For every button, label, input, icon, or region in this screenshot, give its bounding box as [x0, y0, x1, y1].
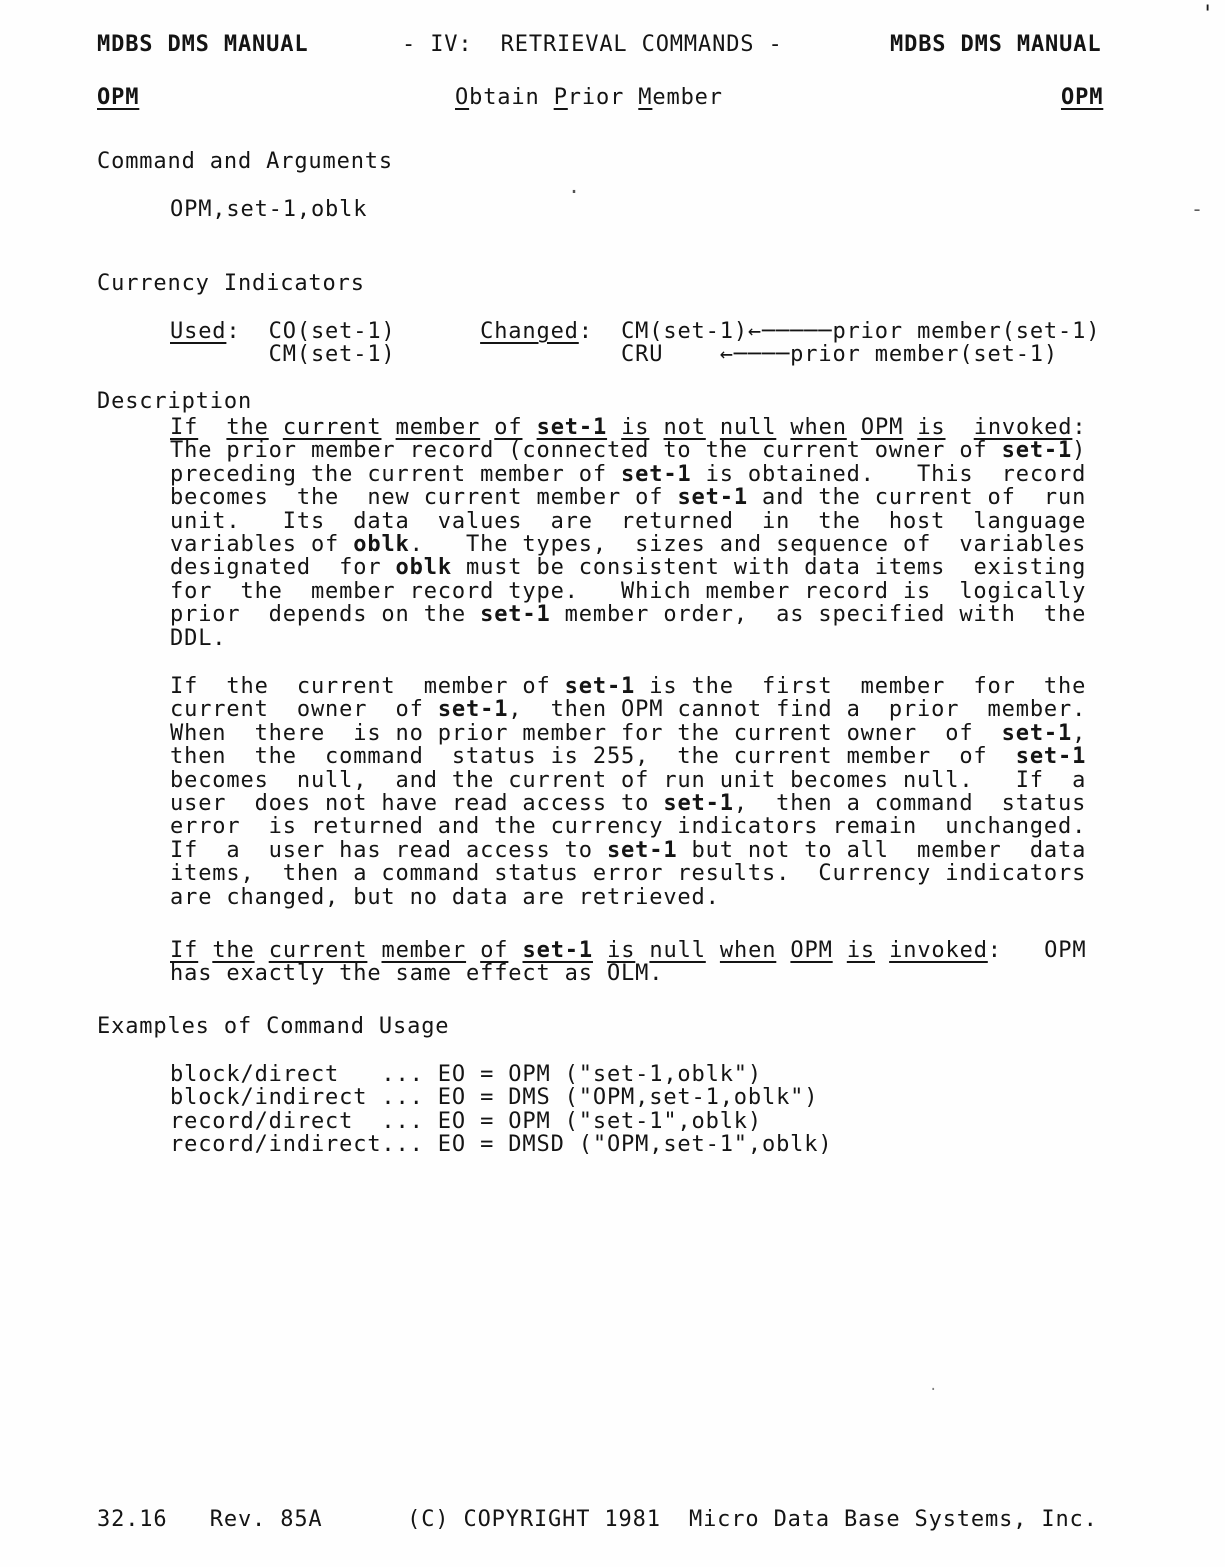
section-heading-command-and-arguments: Command and Arguments — [97, 150, 393, 173]
header-chapter-title: - IV: RETRIEVAL COMMANDS - — [402, 33, 783, 56]
text-line: record/direct ... EO = OPM ("set-1",oblk… — [170, 1110, 832, 1133]
text-line: OPM,set-1,oblk — [170, 198, 367, 221]
header-left-title: MDBS DMS MANUAL — [97, 33, 308, 56]
text-line: becomes the new current member of set-1 … — [170, 486, 1087, 509]
currency-indicators-table: Used: CO(set-1) Changed: CM(set-1)←─────… — [170, 320, 1100, 367]
section-heading-examples: Examples of Command Usage — [97, 1015, 449, 1038]
text-line: has exactly the same effect as OLM. — [170, 962, 1086, 985]
scan-artifact-mark: - — [1191, 197, 1203, 221]
text-line: If the current member of set-1 is null w… — [170, 939, 1086, 962]
text-line: Used: CO(set-1) Changed: CM(set-1)←─────… — [170, 320, 1100, 343]
scan-artifact-mark: . — [568, 174, 580, 198]
section-heading-currency-indicators: Currency Indicators — [97, 272, 365, 295]
text-line: error is returned and the currency indic… — [170, 815, 1086, 838]
text-line: The prior member record (connected to th… — [170, 439, 1087, 462]
text-line: block/direct ... EO = OPM ("set-1,oblk") — [170, 1063, 832, 1086]
text-line: If the current member of set-1 is the fi… — [170, 675, 1086, 698]
manual-page: MDBS DMS MANUAL - IV: RETRIEVAL COMMANDS… — [0, 0, 1225, 1567]
text-line: are changed, but no data are retrieved. — [170, 886, 1086, 909]
text-line: then the command status is 255, the curr… — [170, 745, 1086, 768]
description-paragraph-2: If the current member of set-1 is the fi… — [170, 675, 1086, 909]
scan-artifact-mark: . — [929, 1378, 937, 1394]
text-line: designated for oblk must be consistent w… — [170, 556, 1087, 579]
command-syntax: OPM,set-1,oblk — [170, 198, 367, 221]
text-line: When there is no prior member for the cu… — [170, 722, 1086, 745]
text-line: unit. Its data values are returned in th… — [170, 510, 1087, 533]
text-line: prior depends on the set-1 member order,… — [170, 603, 1087, 626]
page-footer: 32.16 Rev. 85A (C) COPYRIGHT 1981 Micro … — [97, 1508, 1098, 1531]
header-right-title: MDBS DMS MANUAL — [890, 33, 1101, 56]
text-line: block/indirect ... EO = DMS ("OPM,set-1,… — [170, 1086, 832, 1109]
header-right-command-code: OPM — [1061, 86, 1103, 109]
section-heading-description: Description — [97, 390, 252, 413]
text-line: becomes null, and the current of run uni… — [170, 769, 1086, 792]
text-line: variables of oblk. The types, sizes and … — [170, 533, 1087, 556]
example-usage-lines: block/direct ... EO = OPM ("set-1,oblk")… — [170, 1063, 832, 1157]
text-line: current owner of set-1, then OPM cannot … — [170, 698, 1086, 721]
text-line: user does not have read access to set-1,… — [170, 792, 1086, 815]
text-line: items, then a command status error resul… — [170, 862, 1086, 885]
page-title: Obtain Prior Member — [455, 86, 723, 109]
header-left-command-code: OPM — [97, 86, 139, 109]
text-line: record/indirect... EO = DMSD ("OPM,set-1… — [170, 1133, 832, 1156]
description-paragraph-1: If the current member of set-1 is not nu… — [170, 416, 1087, 650]
text-line: If the current member of set-1 is not nu… — [170, 416, 1087, 439]
text-line: DDL. — [170, 627, 1087, 650]
text-line: If a user has read access to set-1 but n… — [170, 839, 1086, 862]
description-paragraph-3: If the current member of set-1 is null w… — [170, 939, 1086, 986]
scan-artifact-mark: ' — [1201, 2, 1214, 27]
text-line: preceding the current member of set-1 is… — [170, 463, 1087, 486]
text-line: for the member record type. Which member… — [170, 580, 1087, 603]
text-line: CM(set-1) CRU ←────prior member(set-1) — [170, 343, 1100, 366]
